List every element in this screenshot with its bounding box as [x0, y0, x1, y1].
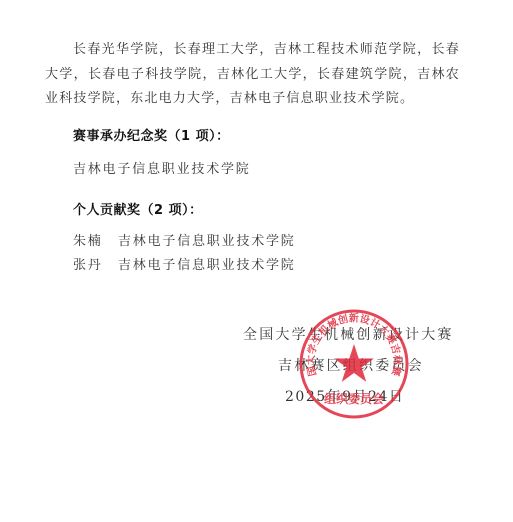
person-row: 张丹吉林电子信息职业技术学院 [73, 254, 296, 273]
section-heading-personal-award: 个人贡献奖（2 项）： [73, 199, 203, 218]
document-page: 长春光华学院，长春理工大学，吉林工程技术师范学院，长春大学，长春电子科技学院，吉… [0, 0, 513, 522]
signature-organization: 全国大学生机械创新设计大赛 [243, 324, 454, 344]
person-institution: 吉林电子信息职业技术学院 [118, 258, 296, 273]
signature-committee: 吉林赛区组织委员会 [278, 355, 424, 375]
intro-paragraph: 长春光华学院，长春理工大学，吉林工程技术师范学院，长春大学，长春电子科技学院，吉… [45, 38, 460, 112]
person-institution: 吉林电子信息职业技术学院 [118, 234, 296, 249]
section-heading-hosting-award: 赛事承办纪念奖（1 项）： [73, 125, 230, 144]
signature-date: 2025年9月24日 [285, 386, 404, 406]
person-name: 张丹 [73, 254, 118, 273]
hosting-award-item: 吉林电子信息职业技术学院 [73, 158, 251, 177]
person-name: 朱楠 [73, 230, 118, 249]
person-row: 朱楠吉林电子信息职业技术学院 [73, 230, 296, 249]
